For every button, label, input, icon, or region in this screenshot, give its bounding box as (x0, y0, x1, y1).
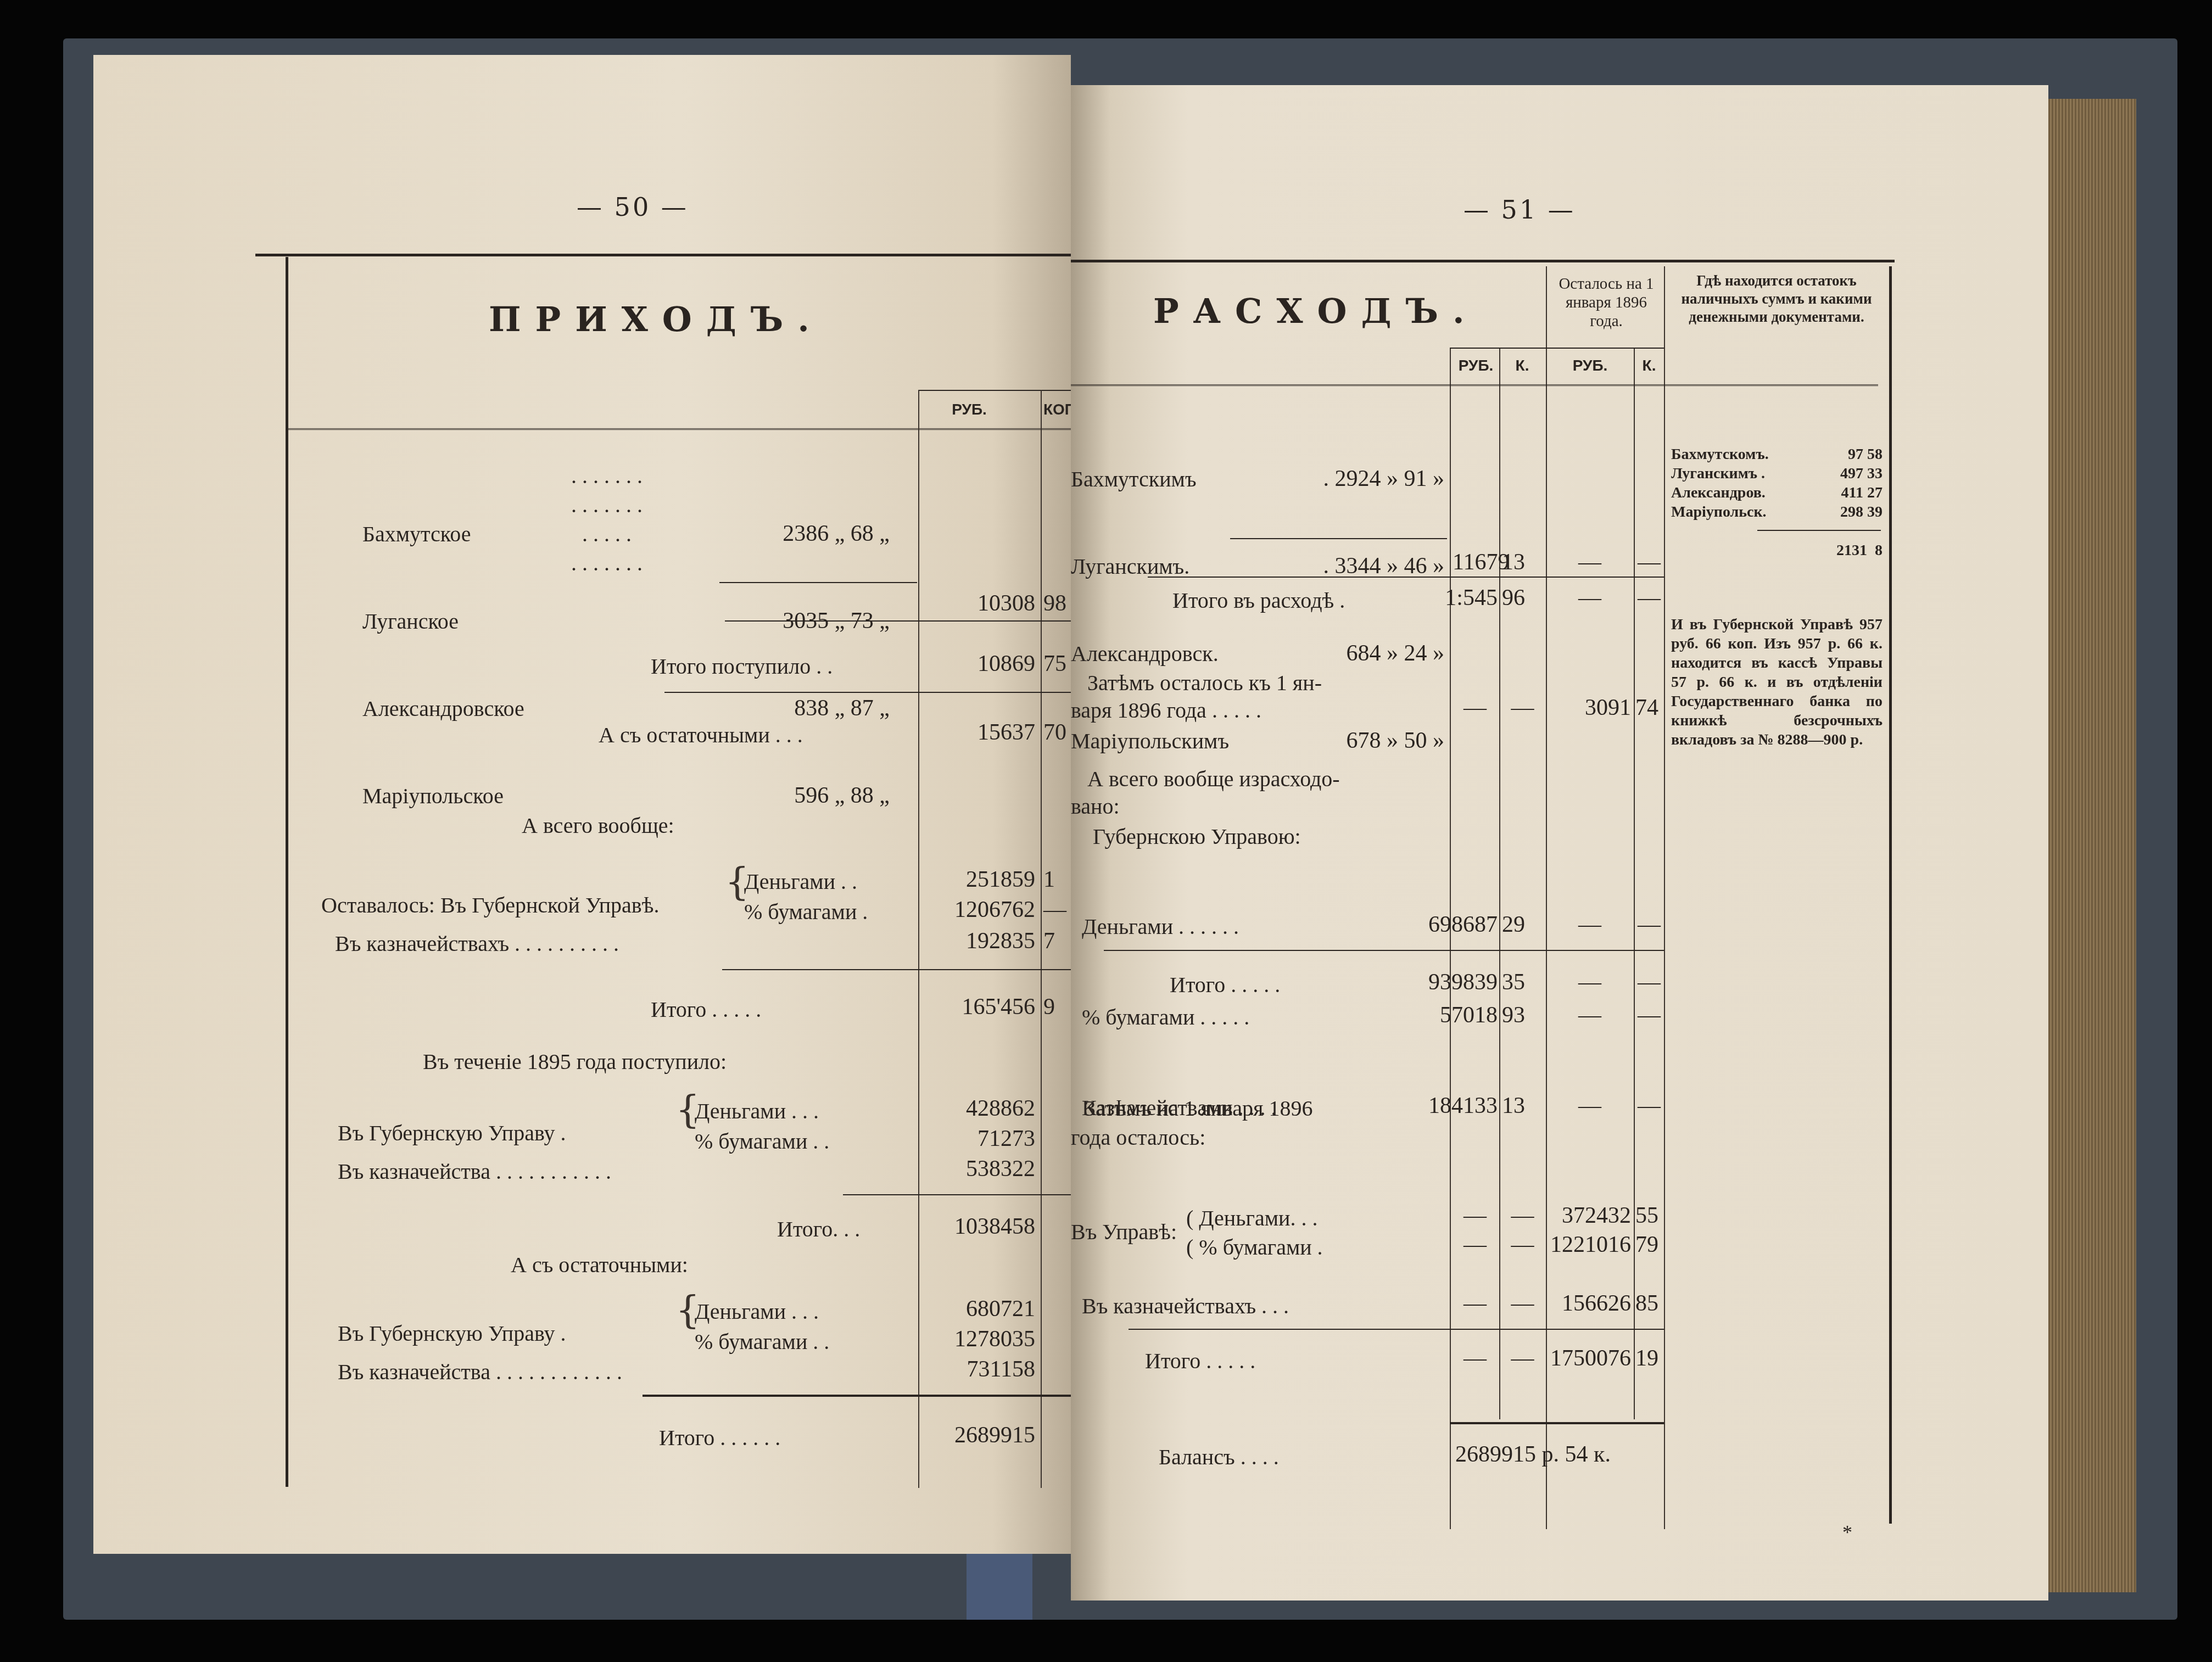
location-total-rub: 2131 (1836, 542, 1867, 559)
location-item: Бахмутскомъ.97 58 (1671, 445, 1883, 464)
remained-jan-label-2: варя 1896 года . . . . . (1071, 697, 1261, 723)
district-amount: . 2924 » 91 » (1236, 465, 1444, 494)
spent-subheading: Губернскою Управою: (1093, 824, 1301, 849)
dash: — (1453, 1345, 1498, 1372)
dash: — (1635, 585, 1663, 611)
dash: — (1635, 1091, 1663, 1121)
location-rub: 411 (1841, 484, 1863, 501)
dash: — (1453, 1232, 1498, 1258)
uprava-papers-rem-rub: 1221016 (1543, 1232, 1631, 1258)
dash: — (1635, 1000, 1663, 1031)
remained-total-label: Итого . . . . . (651, 997, 761, 1022)
header-subrule (918, 390, 1072, 391)
location-rub: 298 (1840, 503, 1863, 521)
remained-total-rem-rub: 1750076 (1543, 1345, 1631, 1372)
location-list: Бахмутскомъ.97 58 Луганскимъ .497 33 Але… (1671, 445, 1883, 522)
dash: — (1502, 1345, 1543, 1372)
received-treasury-rub: 538322 (920, 1156, 1035, 1182)
col-rub: РУБ. (1453, 357, 1499, 374)
rule (1129, 1329, 1664, 1330)
balance-value: 2689915 р. 54 к. (1455, 1441, 1664, 1468)
spent-rub-value: 57018 (1422, 1000, 1498, 1031)
remained-papers-kop: — (1043, 897, 1065, 923)
dash: — (1453, 695, 1498, 721)
combined-treasury-rub: 731158 (920, 1356, 1035, 1383)
remaining-header: Осталось на 1 января 1896 года. (1554, 275, 1658, 331)
district-name: Бахмутскимъ (1071, 465, 1229, 494)
right-page: — 51 — РАСХОДЪ. Осталось на 1 января 189… (1071, 85, 2048, 1601)
dash: — (1549, 585, 1631, 611)
remained-total-kop: 9 (1043, 994, 1065, 1020)
with-remainders-rub: 15637 (920, 719, 1035, 746)
spent-kop: 29 93 13 (1502, 849, 1543, 1182)
with-remainders-label: А съ остаточными . . . (599, 722, 803, 748)
papers-label: % бумагами . . (695, 1128, 829, 1154)
rule (1450, 1422, 1664, 1424)
col-kop: К. (1500, 357, 1544, 374)
spent-total-label: Итого . . . . . (1170, 972, 1280, 998)
spent-rub: 698687 57018 184133 (1422, 849, 1498, 1182)
district-name: Александровск. (1071, 639, 1229, 668)
with-remainders-kop: 70 (1043, 719, 1065, 746)
total-received-label: Итого поступило . . (651, 653, 833, 679)
money-label: Деньгами . . . (695, 1299, 819, 1324)
uprava-label: Въ Управѣ: (1071, 1219, 1177, 1245)
location-kop: 27 (1867, 484, 1883, 501)
location-item: Луганскимъ .497 33 (1671, 464, 1883, 483)
uprava-money-label: ( Деньгами. . . (1186, 1205, 1317, 1231)
remained-jan-kop: 74 (1635, 695, 1663, 721)
location-rub: 497 (1840, 465, 1863, 482)
district-total-kop: 98 (1043, 590, 1065, 617)
rule (1757, 530, 1881, 531)
received-money-rub: 428862 (920, 1095, 1035, 1122)
location-kop: 33 (1867, 465, 1883, 482)
remained-money-kop: 1 (1043, 866, 1065, 893)
rule (643, 1395, 1071, 1397)
district-amount: 2386 „ 68 „ (725, 519, 890, 549)
treasury-label: Въ казначействахъ . . . (1082, 1293, 1289, 1319)
col-divider (1499, 349, 1500, 1419)
district-name: Александровское (362, 694, 524, 723)
treasury-rub: 192835 (920, 928, 1035, 954)
dash: — (1549, 549, 1631, 575)
page-edges (2048, 99, 2136, 1592)
uprava-papers-rem-kop: 79 (1635, 1232, 1663, 1258)
district-name: Луганское (362, 607, 524, 636)
total-expense-kop: 96 (1502, 585, 1543, 611)
balance-label: Балансъ . . . . (1159, 1444, 1279, 1470)
header-bottom-rule (1071, 384, 1878, 388)
district-amount: 678 » 50 » (1236, 726, 1444, 756)
col-divider (1664, 266, 1665, 1529)
district-names: Бахмутское Луганское Александровское Мар… (362, 461, 524, 869)
dash: — (1549, 910, 1631, 940)
treasury-label: Въ казначействахъ . . . . . . . . . . (335, 931, 619, 956)
combined-money-rub: 680721 (920, 1296, 1035, 1322)
dash: — (1502, 1290, 1543, 1317)
location-rub: 97 (1848, 446, 1863, 463)
papers-label: % бумагами . . (695, 1329, 829, 1355)
col-rem-kop: К. (1635, 357, 1663, 374)
combined-papers-rub: 1278035 (920, 1326, 1035, 1352)
spent-rub-value: 698687 (1422, 910, 1498, 940)
overall-heading: А всего вообще: (522, 813, 674, 838)
location-item: Александров.411 27 (1671, 483, 1883, 502)
leader-dots: . . . . . . . . . . . . . . . . . . . . … (571, 461, 643, 578)
remained-jan-rub: 3091 (1549, 695, 1631, 721)
uprava-papers-label: ( % бумагами . (1186, 1234, 1323, 1260)
location-kop: 39 (1867, 503, 1883, 521)
papers-label: % бумагами . (744, 899, 868, 925)
dash: — (1453, 1290, 1498, 1317)
spent-total-rub: 939839 (1422, 969, 1498, 995)
col-rem-rub: РУБ. (1548, 357, 1633, 374)
rub-col-divider (918, 390, 919, 1488)
left-page: — 50 — ПРИХОДЪ. РУБ. КОП. Бахмутское Луг… (93, 55, 1071, 1554)
dash: — (1549, 1091, 1631, 1121)
expense-total-kop: 13 (1502, 549, 1543, 575)
remained-total-rem-kop: 19 (1635, 1345, 1663, 1372)
left-border (286, 257, 288, 1487)
remained-money-rub: 251859 (920, 866, 1035, 893)
remained-papers-rub: 1206762 (920, 897, 1035, 923)
dash: — (1502, 1232, 1543, 1258)
total-expense-label: Итого въ расходѣ . (1172, 587, 1345, 613)
received-total-rub: 1038458 (920, 1213, 1035, 1240)
during-1895-heading: Въ теченіе 1895 года поступило: (423, 1049, 727, 1075)
total-expense-rub: 1:545 (1425, 585, 1498, 611)
remained-heading-1: Затѣмъ на 1 января 1896 (1085, 1095, 1312, 1121)
total-received-rub: 10869 (920, 651, 1035, 677)
header-subrule (1450, 348, 1664, 349)
remained-total-label: Итого . . . . . (1145, 1348, 1255, 1374)
footer-mark: * (1842, 1521, 1852, 1544)
remained-label: Оставалось: Въ Губернской Управѣ. (321, 892, 659, 918)
grand-total-rub: 2689915 (920, 1422, 1035, 1448)
spent-kop-value: 93 (1502, 1000, 1543, 1031)
combined-treasury-label: Въ казначейства . . . . . . . . . . . . (338, 1359, 622, 1385)
dash: — (1502, 695, 1543, 721)
rule (1104, 950, 1664, 951)
received-total-label: Итого. . . (777, 1216, 860, 1242)
overall-spent-label-1: А всего вообще израсходо- (1087, 766, 1340, 792)
spent-total-kop: 35 (1502, 969, 1543, 995)
top-rule (1071, 260, 1895, 262)
page-title: ПРИХОДЪ. (489, 299, 824, 339)
rule (1148, 577, 1664, 578)
header-bottom-rule (288, 428, 1071, 432)
location-total-kop: 8 (1875, 542, 1883, 559)
remained-heading-2: года осталось: (1071, 1124, 1205, 1150)
subtotal-rule (719, 582, 917, 583)
treasury-rem-kop: 85 (1635, 1290, 1663, 1317)
rule (722, 969, 1071, 970)
spent-rem-kop: — — — (1635, 849, 1663, 1182)
dash: — (1635, 549, 1663, 575)
kop-col-divider (1041, 390, 1042, 1488)
dash: — (1635, 969, 1663, 995)
col-divider (1634, 349, 1635, 1419)
location-total: 2131 8 (1785, 541, 1883, 560)
page-title: РАСХОДЪ. (1153, 291, 1479, 331)
top-rule (255, 254, 1071, 256)
rule (664, 692, 1071, 693)
spent-label: Деньгами . . . . . . (1082, 911, 1277, 942)
location-name: Маріупольск. (1671, 502, 1767, 522)
location-item: Маріупольск.298 39 (1671, 502, 1883, 522)
dash: — (1453, 1202, 1498, 1229)
combined-label: Въ Губернскую Управу . (338, 1320, 566, 1346)
received-papers-rub: 71273 (920, 1126, 1035, 1152)
district-total-rub: 10308 (920, 590, 1035, 617)
page-number: — 50 — (577, 192, 689, 222)
treasury-rem-rub: 156626 (1543, 1290, 1631, 1317)
spent-rem-rub: — — — (1549, 849, 1631, 1182)
location-kop: 58 (1867, 446, 1883, 463)
district-name: Маріупольское (362, 781, 524, 810)
rule (725, 620, 1071, 622)
uprava-money-rem-kop: 55 (1635, 1202, 1663, 1229)
received-1895-label: Въ Губернскую Управу . (338, 1120, 566, 1146)
uprava-money-rem-rub: 372432 (1543, 1202, 1631, 1229)
spent-label: % бумагами . . . . . (1082, 1002, 1277, 1032)
dash: — (1502, 1202, 1543, 1229)
district-amount: 838 „ 87 „ (725, 694, 890, 723)
location-name: Александров. (1671, 483, 1766, 502)
col-rub: РУБ. (928, 401, 1010, 418)
location-header: Гдѣ находится остатокъ наличныхъ суммъ и… (1672, 272, 1881, 326)
rule (1230, 538, 1447, 539)
district-name: Бахмутское (362, 519, 524, 549)
money-label: Деньгами . . . (695, 1098, 819, 1124)
spent-rub-value: 184133 (1422, 1091, 1498, 1121)
grand-total-label: Итого . . . . . . (659, 1425, 780, 1451)
treasury-kop: 7 (1043, 928, 1065, 954)
col-divider (1546, 266, 1547, 1529)
received-treasury-label: Въ казначейства . . . . . . . . . . . (338, 1159, 611, 1184)
location-name: Бахмутскомъ. (1671, 445, 1769, 464)
location-name: Луганскимъ . (1671, 464, 1765, 483)
district-name: Маріупольскимъ (1071, 726, 1229, 756)
location-note: И въ Губернской Управѣ 957 руб. 66 коп. … (1671, 615, 1883, 749)
district-amount: 684 » 24 » (1236, 639, 1444, 668)
money-label: Деньгами . . (744, 869, 857, 894)
expense-total-rub: 11679 (1453, 549, 1498, 575)
district-amount: 596 „ 88 „ (725, 781, 890, 810)
dash: — (1635, 910, 1663, 940)
remained-total-rub: 165'456 (920, 994, 1035, 1020)
spent-kop-value: 13 (1502, 1091, 1543, 1121)
dash: — (1549, 969, 1631, 995)
rule (843, 1194, 1071, 1195)
dash: — (1549, 1000, 1631, 1031)
spent-kop-value: 29 (1502, 910, 1543, 940)
right-border (1889, 266, 1892, 1524)
remained-jan-label-1: Затѣмъ осталось къ 1 ян- (1087, 670, 1322, 696)
total-received-kop: 75 (1043, 651, 1065, 677)
overall-spent-label-2: вано: (1071, 793, 1120, 819)
page-number: — 51 — (1464, 195, 1576, 225)
with-remainders2-heading: А съ остаточными: (511, 1252, 688, 1278)
